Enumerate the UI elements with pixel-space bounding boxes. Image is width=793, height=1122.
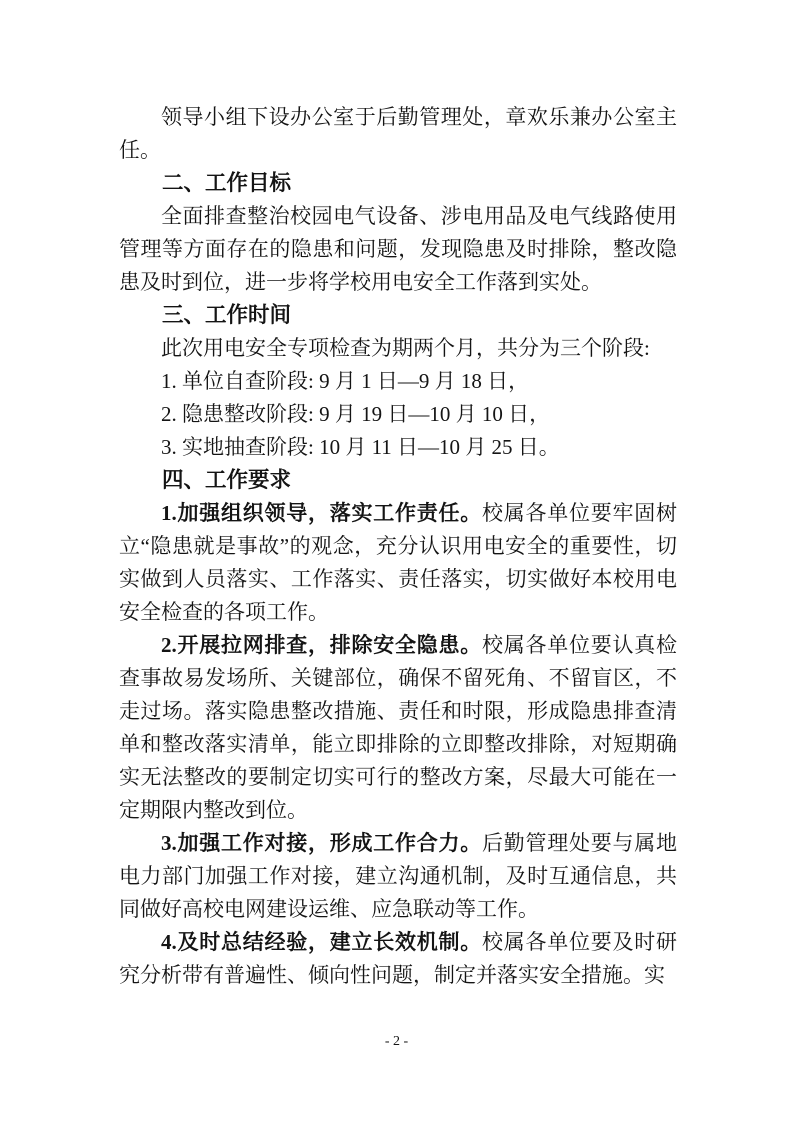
requirement-3: 3.加强工作对接，形成工作合力。后勤管理处要与属地电力部门加强工作对接，建立沟通… <box>119 827 677 926</box>
requirement-3-lead: 3.加强工作对接，形成工作合力。 <box>161 831 482 855</box>
schedule-phase-2: 2. 隐患整改阶段: 9 月 19 日—10 月 10 日， <box>119 398 677 431</box>
section-heading-work-schedule: 三、工作时间 <box>119 299 677 332</box>
requirement-2-lead: 2.开展拉网排查，排除安全隐患。 <box>161 633 482 657</box>
document-body: 领导小组下设办公室于后勤管理处，章欢乐兼办公室主任。 二、工作目标 全面排查整治… <box>119 101 677 992</box>
section-heading-work-goals: 二、工作目标 <box>119 167 677 200</box>
schedule-phase-3: 3. 实地抽查阶段: 10 月 11 日—10 月 25 日。 <box>119 431 677 464</box>
page-footer: - 2 - <box>0 1032 793 1052</box>
requirement-1-lead: 1.加强组织领导，落实工作责任。 <box>161 501 482 525</box>
paragraph-schedule-intro: 此次用电安全专项检查为期两个月，共分为三个阶段: <box>119 332 677 365</box>
requirement-2-text: 校属各单位要认真检查事故易发场所、关键部位，确保不留死角、不留盲区，不走过场。落… <box>119 633 677 822</box>
section-heading-work-requirements: 四、工作要求 <box>119 464 677 497</box>
requirement-4-lead: 4.及时总结经验，建立长效机制。 <box>161 930 482 954</box>
paragraph-work-goals: 全面排查整治校园电气设备、涉电用品及电气线路使用管理等方面存在的隐患和问题，发现… <box>119 200 677 299</box>
page-number: - 2 - <box>385 1034 408 1049</box>
requirement-1: 1.加强组织领导，落实工作责任。校属各单位要牢固树立“隐患就是事故”的观念，充分… <box>119 497 677 629</box>
requirement-2: 2.开展拉网排查，排除安全隐患。校属各单位要认真检查事故易发场所、关键部位，确保… <box>119 629 677 827</box>
paragraph-office-setup: 领导小组下设办公室于后勤管理处，章欢乐兼办公室主任。 <box>119 101 677 167</box>
document-page: 领导小组下设办公室于后勤管理处，章欢乐兼办公室主任。 二、工作目标 全面排查整治… <box>0 0 793 1122</box>
schedule-phase-1: 1. 单位自查阶段: 9 月 1 日—9 月 18 日， <box>119 365 677 398</box>
requirement-4: 4.及时总结经验，建立长效机制。校属各单位要及时研究分析带有普遍性、倾向性问题，… <box>119 926 677 992</box>
